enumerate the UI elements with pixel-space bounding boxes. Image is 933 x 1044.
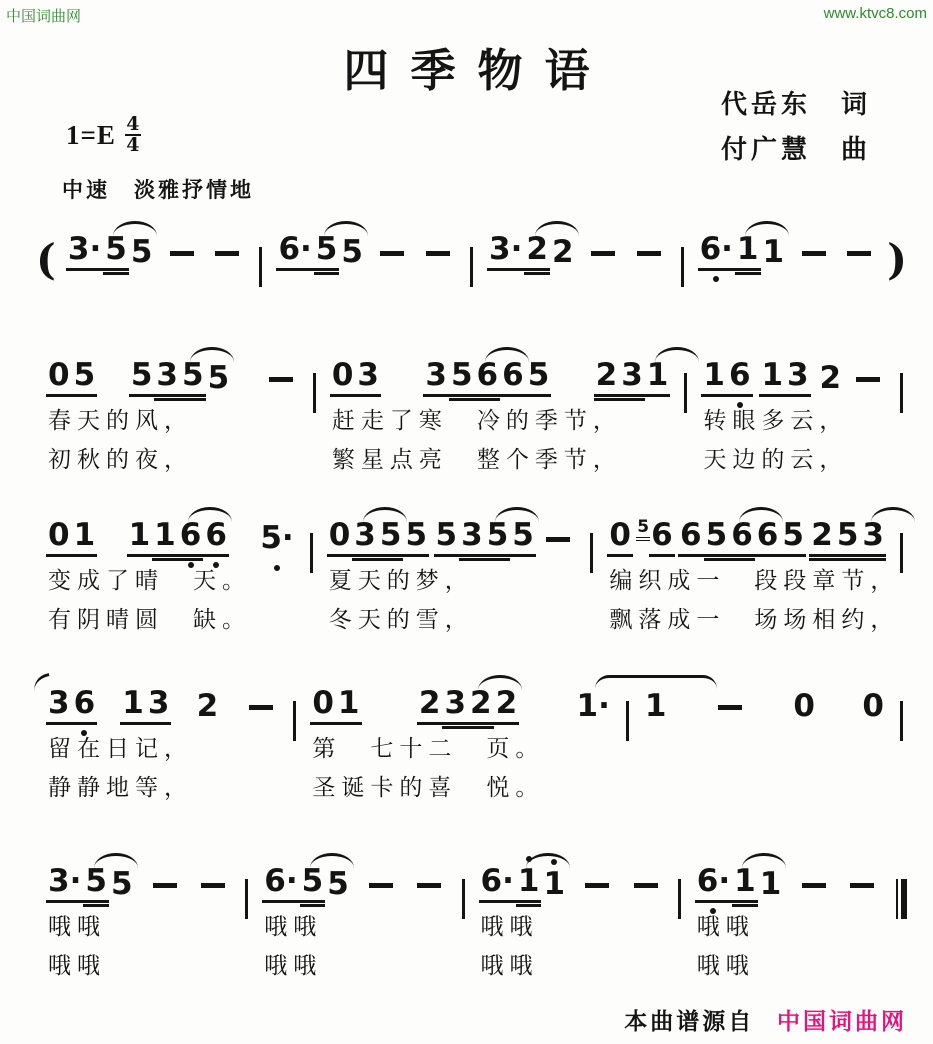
lyric-line: 哦哦	[685, 947, 890, 981]
note: 3	[146, 688, 172, 725]
dash-note	[170, 251, 194, 256]
repeat-paren: )	[887, 239, 907, 281]
header-bar: 中国词曲网 www.ktvc8.com	[0, 0, 933, 26]
note: 5	[780, 520, 806, 557]
beat-group	[844, 883, 880, 903]
note: 1	[732, 866, 758, 903]
note: 0	[791, 691, 817, 725]
lyric-line: 赶走了寒 冷的季节，	[320, 402, 681, 436]
beat-group: 35665	[423, 360, 551, 397]
note: 6	[727, 360, 753, 397]
measure: 055355春天的风，初秋的夜，	[36, 347, 309, 475]
beat-group: 6·11	[479, 866, 568, 903]
beat-group: 5·	[258, 523, 295, 557]
notes-row: 3·55	[36, 853, 241, 903]
note: 0	[607, 520, 633, 557]
note: 6	[729, 520, 755, 557]
notes-row: 36132	[36, 675, 289, 725]
lyric-line	[633, 730, 896, 764]
footer-site-link[interactable]: 中国词曲网	[777, 1009, 907, 1034]
note: 2	[594, 360, 620, 397]
beat-group: 5355	[129, 360, 231, 397]
notes-row: 055355	[36, 347, 309, 397]
lyric-line: 哦哦	[252, 947, 457, 981]
dash-note	[369, 883, 393, 888]
note: 0	[330, 360, 356, 397]
measure: 3·55	[56, 221, 256, 271]
notes-row: 0335665231	[320, 347, 681, 397]
note: 6	[649, 520, 675, 557]
note: 1	[72, 520, 98, 557]
note: 6·	[695, 866, 732, 903]
beat-group: 16	[701, 360, 752, 397]
notes-row: 6·11	[469, 853, 674, 903]
measure: 0111665·变成了晴 天。有阴晴圆 缺。	[36, 507, 306, 635]
time-bottom: 4	[126, 137, 139, 154]
note: 5·	[258, 523, 295, 557]
music-system: (3·556·553·226·11)	[36, 205, 907, 287]
note: 5	[704, 520, 730, 557]
lyric-line: 冬天的雪，	[317, 601, 587, 635]
music-system: 36132留在日记，静静地等，0123221·第 七十二 页。圣诞卡的喜 悦。1…	[36, 659, 907, 803]
note: 6	[500, 360, 526, 397]
beat-group: 2	[195, 691, 221, 725]
measure: 6·55哦哦哦哦	[252, 853, 457, 981]
dash-note	[802, 883, 826, 888]
beat-group: 05	[46, 360, 97, 397]
beat-group: 65665	[678, 520, 806, 557]
note: 3	[352, 520, 378, 557]
measure: 36132留在日记，静静地等，	[36, 675, 289, 803]
beat-group: 231	[594, 360, 671, 397]
tempo-marking: 中速 淡雅抒情地	[62, 174, 254, 204]
barline	[684, 373, 687, 413]
note: 3	[46, 688, 72, 725]
beat-group	[850, 377, 886, 397]
beat-group	[147, 883, 183, 903]
lyric-line: 哦哦	[469, 947, 674, 981]
repeat-paren: (	[36, 239, 56, 281]
note: 1	[735, 234, 761, 271]
beat-group: 3·55	[46, 866, 135, 903]
lyric-line: 哦哦	[685, 908, 890, 942]
measure: 6·11	[688, 221, 888, 271]
measure: 6·11哦哦哦哦	[469, 853, 674, 981]
measure: 3·22	[477, 221, 677, 271]
beat-group	[164, 251, 200, 271]
barline	[681, 247, 684, 287]
lyric-line: 留在日记，	[36, 730, 289, 764]
dash-note	[380, 251, 404, 256]
note: 5	[510, 520, 536, 557]
dash-note	[546, 537, 570, 542]
note: 6	[678, 520, 704, 557]
note: 3	[785, 360, 811, 397]
composer-credit: 付广慧 曲	[721, 127, 871, 172]
lyric-line: 飘落成一 场场相约，	[597, 601, 896, 635]
dash-note	[850, 883, 874, 888]
dash-note	[634, 883, 658, 888]
dash-note	[153, 883, 177, 888]
barline	[470, 247, 473, 287]
beat-group: 0355	[327, 520, 429, 557]
beat-group	[585, 251, 621, 271]
lyric-line: 哦哦	[36, 908, 241, 942]
barline	[590, 533, 593, 573]
dash-note	[802, 251, 826, 256]
lyric-line: 哦哦	[469, 908, 674, 942]
beat-group: 56	[636, 520, 674, 557]
lyric-line: 初秋的夜，	[36, 441, 309, 475]
beat-group: 6·55	[262, 866, 351, 903]
note: 1	[120, 688, 146, 725]
note: 5	[83, 866, 109, 903]
beat-group	[411, 883, 447, 903]
barline	[900, 533, 903, 573]
beat-group: 2	[818, 363, 844, 397]
note: 3·	[46, 866, 83, 903]
score-systems: (3·556·553·226·11)055355春天的风，初秋的夜，033566…	[36, 205, 907, 981]
beat-group	[796, 883, 832, 903]
note: 1	[127, 520, 153, 557]
note: 2	[195, 691, 221, 725]
measure: 100	[633, 675, 896, 803]
note: 5	[72, 360, 98, 397]
final-barline	[896, 879, 907, 919]
note: 0	[46, 520, 72, 557]
notes-row: 6·11	[685, 853, 890, 903]
note: 6·	[262, 866, 299, 903]
beat-group	[579, 883, 615, 903]
note: 5	[378, 520, 404, 557]
note: 5	[109, 869, 135, 903]
beat-group: 01	[46, 520, 97, 557]
credits: 代岳东 词 付广慧 曲	[721, 82, 871, 172]
barline	[900, 701, 903, 741]
note: 3	[355, 360, 381, 397]
note: 2	[417, 688, 443, 725]
note: 3	[442, 688, 468, 725]
measure: 3·55哦哦哦哦	[36, 853, 241, 981]
dash-note	[637, 251, 661, 256]
beat-group	[628, 883, 664, 903]
beat-group: 13	[120, 688, 171, 725]
note: 5	[449, 360, 475, 397]
lyric-line	[633, 769, 896, 803]
notes-row: 6·11	[688, 221, 888, 271]
note: 1	[643, 691, 669, 725]
beat-group: 1166	[127, 520, 229, 557]
measure: 05665665253编织成一 段段章节，飘落成一 场场相约，	[597, 507, 896, 635]
dash-note	[249, 705, 273, 710]
beat-group: 0	[607, 520, 633, 557]
tie-arc	[871, 507, 915, 522]
note: 6	[755, 520, 781, 557]
beat-group	[263, 377, 299, 397]
dash-note	[856, 377, 880, 382]
notes-row: 16132	[691, 347, 896, 397]
lyric-line: 有阴晴圆 缺。	[36, 601, 306, 635]
beat-group: 6·11	[695, 866, 784, 903]
note: 6	[72, 688, 98, 725]
note: 1	[152, 520, 178, 557]
beat-group	[209, 251, 245, 271]
note: 0	[327, 520, 353, 557]
dash-note	[215, 251, 239, 256]
note: 3·	[487, 234, 524, 271]
note: 5	[339, 237, 365, 271]
notes-row: 3·22	[477, 221, 677, 271]
note: 3·	[66, 234, 103, 271]
note: 5	[300, 866, 326, 903]
lyric-line: 圣诞卡的喜 悦。	[300, 769, 622, 803]
dash-note	[718, 705, 742, 710]
note: 6	[475, 360, 501, 397]
beat-group	[243, 705, 279, 725]
note: 5	[129, 237, 155, 271]
beat-group: 3·55	[66, 234, 155, 271]
dash-note	[426, 251, 450, 256]
dash-note	[591, 251, 615, 256]
dash-note	[585, 883, 609, 888]
note: 1	[759, 360, 785, 397]
note: 1	[541, 869, 567, 903]
note: 2	[818, 363, 844, 397]
note: 3	[619, 360, 645, 397]
lyric-line: 哦哦	[252, 908, 457, 942]
lyricist-credit: 代岳东 词	[721, 82, 871, 127]
barline	[626, 701, 629, 741]
note: 5	[526, 360, 552, 397]
note: 2	[468, 688, 494, 725]
music-system: 0111665·变成了晴 天。有阴晴圆 缺。03555355夏天的梦，冬天的雪，…	[36, 491, 907, 635]
barline	[259, 247, 262, 287]
note: 1	[701, 360, 727, 397]
beat-group: 2322	[417, 688, 519, 725]
note: 1	[336, 688, 362, 725]
barline	[678, 879, 681, 919]
beat-group: 5355	[434, 520, 536, 557]
notes-row: 100	[633, 675, 896, 725]
notes-row: 6·55	[266, 221, 466, 271]
barline	[313, 373, 316, 413]
note: 3	[154, 360, 180, 397]
beat-group: 253	[809, 520, 886, 557]
note: 5	[485, 520, 511, 557]
notes-row: 6·55	[252, 853, 457, 903]
note: 1	[645, 360, 671, 397]
note: 5	[129, 360, 155, 397]
lyric-line: 夏天的梦，	[317, 562, 587, 596]
lyric-line: 第 七十二 页。	[300, 730, 622, 764]
note: 0	[46, 360, 72, 397]
dash-note	[847, 251, 871, 256]
measure: 6·55	[266, 221, 466, 271]
note: 5	[180, 360, 206, 397]
note: 3	[423, 360, 449, 397]
tie-arc	[31, 673, 52, 693]
note: 1·	[575, 691, 612, 725]
music-system: 055355春天的风，初秋的夜，0335665231赶走了寒 冷的季节，繁星点亮…	[36, 331, 907, 475]
beat-group: 36	[46, 688, 97, 725]
footer-source-text: 本曲谱源自	[624, 1009, 754, 1034]
beat-group	[420, 251, 456, 271]
beat-group: 0	[791, 691, 817, 725]
note: 5	[403, 520, 429, 557]
measure: 16132转眼多云，天边的云，	[691, 347, 896, 475]
note: 5	[314, 234, 340, 271]
note: 1	[761, 237, 787, 271]
measure: 0123221·第 七十二 页。圣诞卡的喜 悦。	[300, 675, 622, 803]
note: 5	[325, 869, 351, 903]
lyric-line: 春天的风，	[36, 402, 309, 436]
dash-note	[201, 883, 225, 888]
site-link-right[interactable]: www.ktvc8.com	[824, 5, 927, 26]
lyric-line: 静静地等，	[36, 769, 289, 803]
beat-group: 03	[330, 360, 381, 397]
beat-group	[540, 537, 576, 557]
measure: 6·11哦哦哦哦	[685, 853, 890, 981]
dash-note	[269, 377, 293, 382]
beat-group: 1·	[575, 691, 612, 725]
note: 6·	[698, 234, 735, 271]
note: 6·	[276, 234, 313, 271]
footer: 本曲谱源自 中国词曲网	[624, 1003, 907, 1036]
lyric-line: 编织成一 段段章节，	[597, 562, 896, 596]
beat-group	[195, 883, 231, 903]
key-signature: 1=E 4 4	[66, 116, 141, 154]
notes-row: 0111665·	[36, 507, 306, 557]
barline	[293, 701, 296, 741]
beat-group: 1	[643, 691, 669, 725]
beat-group	[796, 251, 832, 271]
note: 3	[860, 520, 886, 557]
beat-group	[363, 883, 399, 903]
notes-row: 3·55	[56, 221, 256, 271]
notes-row: 0123221·	[300, 675, 622, 725]
beat-group	[841, 251, 877, 271]
key-label: 1=E	[66, 120, 116, 151]
measure: 0335665231赶走了寒 冷的季节，繁星点亮 整个季节，	[320, 347, 681, 475]
beat-group	[712, 705, 748, 725]
note: 6	[203, 520, 229, 557]
note: 2	[494, 688, 520, 725]
time-signature: 4 4	[125, 116, 141, 154]
notes-row: 03555355	[317, 507, 587, 557]
dash-note	[417, 883, 441, 888]
note: 0	[310, 688, 336, 725]
note: 5	[434, 520, 460, 557]
beat-group: 0	[860, 691, 886, 725]
note: 2	[524, 234, 550, 271]
lyric-line: 天边的云，	[691, 441, 896, 475]
note: 0	[860, 691, 886, 725]
note: 1	[758, 869, 784, 903]
lyric-line: 繁星点亮 整个季节，	[320, 441, 681, 475]
time-top: 4	[126, 116, 139, 133]
barline	[462, 879, 465, 919]
note: 5	[835, 520, 861, 557]
beat-group: 13	[759, 360, 810, 397]
barline	[245, 879, 248, 919]
notes-row: 05665665253	[597, 507, 896, 557]
music-system: 3·55哦哦哦哦6·55哦哦哦哦6·11哦哦哦哦6·11哦哦哦哦	[36, 837, 907, 981]
barline	[900, 373, 903, 413]
note: 3	[459, 520, 485, 557]
note: 6	[178, 520, 204, 557]
note: 5	[103, 234, 129, 271]
beat-group: 6·11	[698, 234, 787, 271]
beat-group: 01	[310, 688, 361, 725]
site-link-left[interactable]: 中国词曲网	[6, 5, 81, 26]
note: 5	[206, 363, 232, 397]
barline	[310, 533, 313, 573]
beat-group: 6·55	[276, 234, 365, 271]
note: 6·	[479, 866, 516, 903]
note: 2	[550, 237, 576, 271]
grace-note: 5	[636, 519, 650, 541]
note: 2	[809, 520, 835, 557]
beat-group	[374, 251, 410, 271]
lyric-line: 变成了晴 天。	[36, 562, 306, 596]
beat-group	[631, 251, 667, 271]
lyric-line: 转眼多云，	[691, 402, 896, 436]
note: 1	[516, 866, 542, 903]
lyric-line: 哦哦	[36, 947, 241, 981]
beat-group: 3·22	[487, 234, 576, 271]
measure: 03555355夏天的梦，冬天的雪，	[317, 507, 587, 635]
